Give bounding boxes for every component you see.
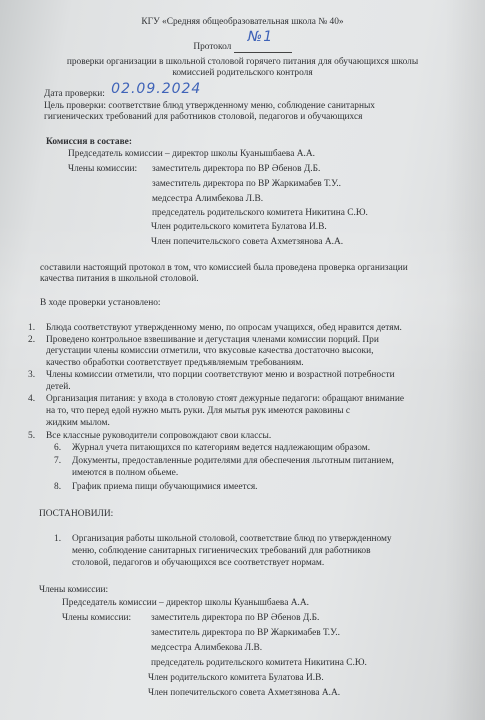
signature-member: Член попечительского совета Ахметзянова … <box>148 688 340 699</box>
statement-line-2: качества питания в школьной столовой. <box>40 274 199 285</box>
finding-item-7: 7.Документы, предоставленные родителями … <box>54 456 394 467</box>
findings-heading: В ходе проверки установлено: <box>40 298 161 309</box>
date-value: 02.09.2024 <box>111 81 201 97</box>
finding-item-1: 1.Блюда соответствуют утвержденному меню… <box>28 323 402 334</box>
finding-text: Проведено контрольное взвешивание и дегу… <box>46 335 379 345</box>
purpose-line-1: Цель проверки: соответствие блюд утвержд… <box>44 101 375 112</box>
commission-member: заместитель директора по ВР Әбенов Д.Б. <box>152 164 320 175</box>
finding-number: 7. <box>54 456 72 467</box>
resolution-heading: ПОСТАНОВИЛИ: <box>39 509 113 520</box>
date-label: Дата проверки: <box>44 89 105 99</box>
protocol-label: Протокол <box>193 42 231 52</box>
commission-member: Член попечительского совета Ахметзянова … <box>151 237 343 248</box>
resolution-number: 1. <box>54 534 72 545</box>
finding-text: Организация питания: у входа в столовую … <box>46 394 404 404</box>
finding-item-6: 6.Журнал учета питающихся по категориям … <box>54 443 370 454</box>
subtitle-line-1: проверки организации в школьной столовой… <box>0 57 485 68</box>
finding-number: 3. <box>28 370 46 381</box>
commission-chair: Председатель комиссии – директор школы К… <box>68 149 315 160</box>
signature-member: Член родительского комитета Булатова И.В… <box>148 673 324 684</box>
finding-number: 2. <box>28 335 46 346</box>
finding-text: имеются в полном обьеме. <box>72 468 178 479</box>
finding-text: Документы, предоставленные родителями дл… <box>72 456 394 466</box>
statement-line-1: составили настоящий протокол в том, что … <box>40 263 408 274</box>
page-edge-shadow <box>445 0 485 720</box>
finding-number: 4. <box>28 394 46 405</box>
finding-number: 5. <box>28 431 46 442</box>
protocol-number-field: №1 <box>234 40 292 53</box>
check-date: Дата проверки: 02.09.2024 <box>44 87 201 100</box>
finding-text: Журнал учета питающихся по категориям ве… <box>72 443 370 453</box>
commission-member: медсестра Алимбекова Л.В. <box>152 194 263 205</box>
finding-text: детей. <box>46 382 71 393</box>
commission-member: Член родительского комитета Булатова И.В… <box>151 222 327 233</box>
finding-text: дегустации члены комиссии отметили, что … <box>46 346 373 357</box>
protocol-title: Протокол №1 <box>0 40 485 53</box>
purpose-line-2: гигиенических требований для работников … <box>44 112 362 123</box>
resolution-text: меню, соблюдение санитарных гигиенически… <box>72 546 371 557</box>
subtitle-line-2: комиссией родительского контроля <box>0 68 485 79</box>
commission-members-label: Члены комиссии: <box>68 164 137 175</box>
finding-item-8: 8.График приема пищи обучающимися имеетс… <box>54 482 258 493</box>
commission-member: заместитель директора по ВР Жаркимабев Т… <box>152 179 341 190</box>
signature-member: заместитель директора по ВР Әбенов Д.Б. <box>151 613 319 624</box>
finding-text: Все классные руководители сопровождают с… <box>46 431 271 441</box>
resolution-item-1: 1.Организация работы школьной столовой, … <box>54 534 392 545</box>
signatures-heading: Члены комиссии: <box>39 585 108 596</box>
signatures-members-label: Члены комиссии: <box>62 613 131 624</box>
finding-number: 8. <box>54 482 72 493</box>
finding-text: качество обработки соответствует предъяв… <box>46 358 304 369</box>
finding-text: Блюда соответствуют утвержденному меню, … <box>46 323 402 333</box>
finding-item-2: 2.Проведено контрольное взвешивание и де… <box>28 335 379 346</box>
commission-member: председатель родительского комитета Ники… <box>152 208 368 219</box>
finding-text: Члены комиссии отметили, что порции соот… <box>46 370 395 380</box>
commission-heading: Комиссия в составе: <box>46 137 132 148</box>
finding-item-3: 3.Члены комиссии отметили, что порции со… <box>28 370 395 381</box>
finding-text: на то, что перед едой нужно мыть руки. Д… <box>46 406 350 417</box>
finding-text: жидким мылом. <box>46 418 110 429</box>
resolution-text: Организация работы школьной столовой, со… <box>72 534 392 544</box>
finding-number: 1. <box>28 323 46 334</box>
institution-name: КГУ «Средняя общеобразовательная школа №… <box>0 17 485 28</box>
signature-member: председатель родительского комитета Ники… <box>151 658 367 669</box>
signature-member: заместитель директора по ВР Жаркимабев Т… <box>151 628 340 639</box>
document-page: КГУ «Средняя общеобразовательная школа №… <box>0 0 485 720</box>
finding-text: График приема пищи обучающимися имеется. <box>72 482 258 492</box>
protocol-number: №1 <box>248 32 273 43</box>
signatures-chair: Председатель комиссии – директор школы К… <box>62 598 309 609</box>
finding-item-4: 4.Организация питания: у входа в столову… <box>28 394 404 405</box>
signature-member: медсестра Алимбекова Л.В. <box>151 643 262 654</box>
finding-number: 6. <box>54 443 72 454</box>
finding-item-5: 5.Все классные руководители сопровождают… <box>28 431 271 442</box>
resolution-text: столовой, педагогов и обучающихся все со… <box>72 558 324 569</box>
